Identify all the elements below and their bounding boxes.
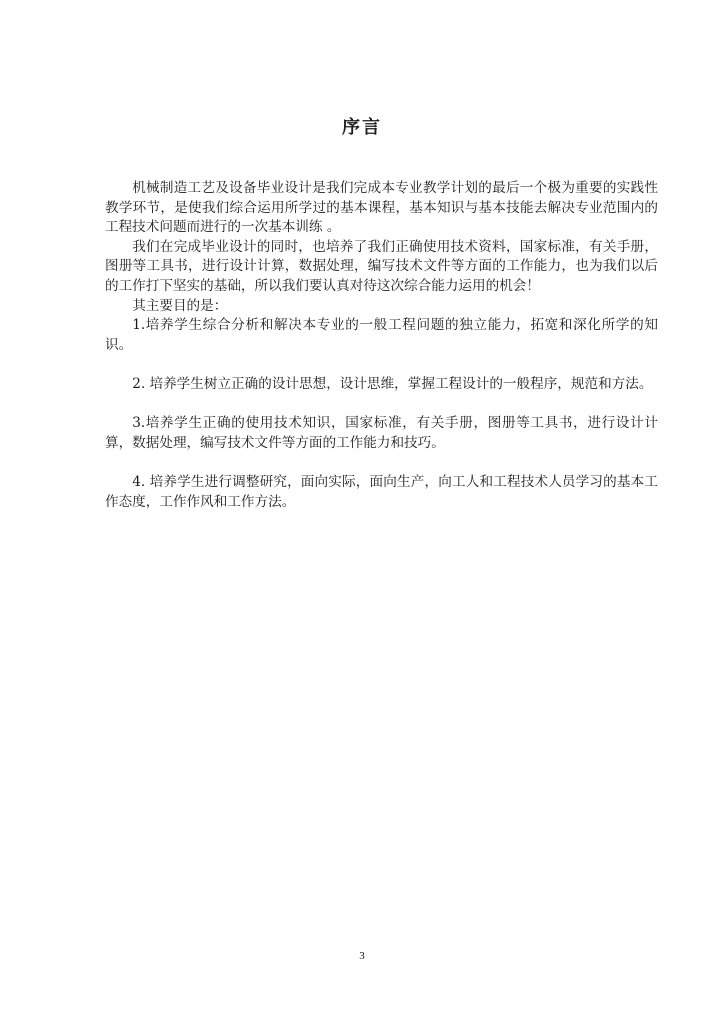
goal-item-2: 2. 培养学生树立正确的设计思想，设计思维，掌握工程设计的一般程序，规范和方法。 <box>105 375 658 395</box>
paragraph-goals-lead: 其主要目的是： <box>105 297 658 317</box>
goal-item-1: 1.培养学生综合分析和解决本专业的一般工程问题的独立能力，拓宽和深化所学的知识。 <box>105 316 658 355</box>
spacer <box>105 355 658 375</box>
document-body: 机械制造工艺及设备毕业设计是我们完成本专业教学计划的最后一个极为重要的实践性教学… <box>105 179 658 512</box>
page-number: 3 <box>0 950 724 962</box>
page-title: 序言 <box>0 113 724 139</box>
goal-item-4: 4. 培养学生进行调整研究，面向实际，面向生产，向工人和工程技术人员学习的基本工… <box>105 473 658 512</box>
paragraph-skills: 我们在完成毕业设计的同时，也培养了我们正确使用技术资料，国家标准，有关手册，图册… <box>105 238 658 297</box>
spacer <box>105 395 658 415</box>
spacer <box>105 453 658 473</box>
document-page: 序言 机械制造工艺及设备毕业设计是我们完成本专业教学计划的最后一个极为重要的实践… <box>0 0 724 1024</box>
paragraph-intro: 机械制造工艺及设备毕业设计是我们完成本专业教学计划的最后一个极为重要的实践性教学… <box>105 179 658 238</box>
goal-item-3: 3.培养学生正确的使用技术知识，国家标准，有关手册，图册等工具书，进行设计计算，… <box>105 414 658 453</box>
